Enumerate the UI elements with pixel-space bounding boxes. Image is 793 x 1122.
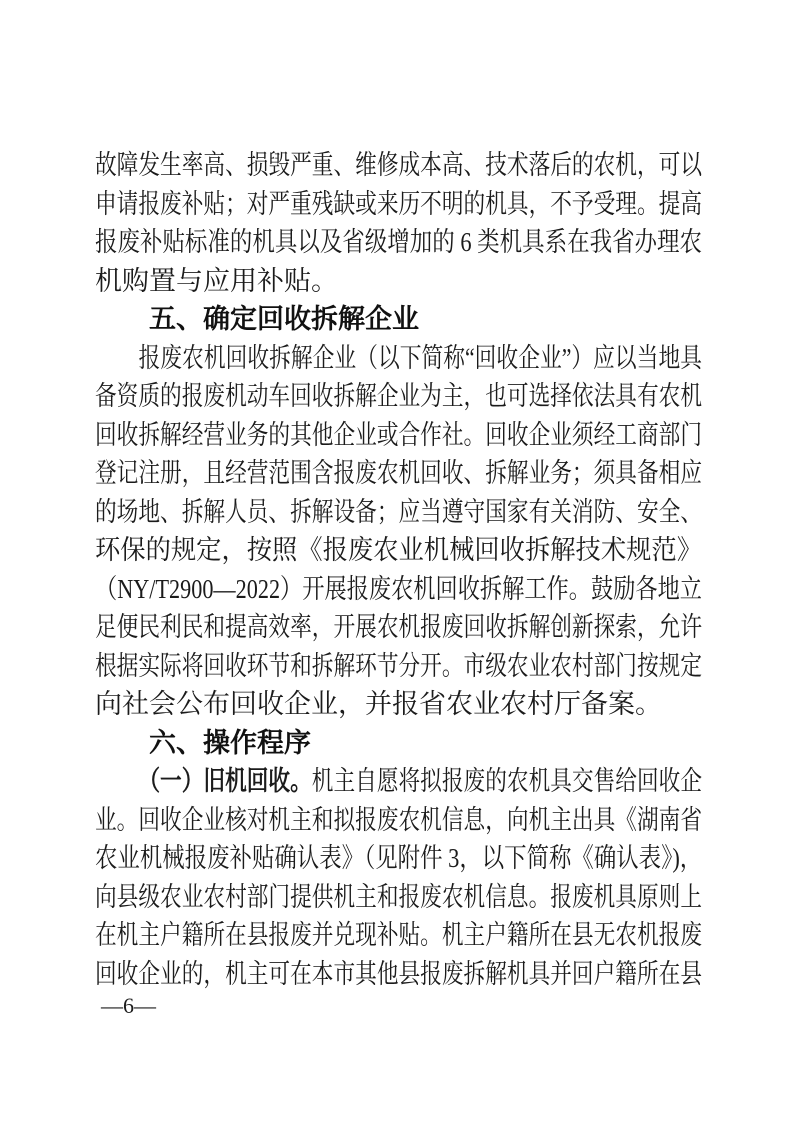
paragraph-line: 报废补贴标准的机具以及省级增加的 6 类机具系在我省办理农	[95, 223, 600, 262]
paragraph-line-text: 机主自愿将拟报废的农机具交售给回收企	[312, 766, 702, 796]
paragraph-line: （一）旧机回收。机主自愿将拟报废的农机具交售给回收企	[95, 762, 582, 801]
paragraph-line: 机购置与应用补贴。	[95, 262, 702, 301]
paragraph-line: 回收企业的，机主可在本市其他县报废拆解机具并回户籍所在县	[95, 955, 582, 994]
paragraph-line: 申请报废补贴；对严重残缺或来历不明的机具，不予受理。提高	[95, 185, 582, 224]
paragraph-line: （NY/T2900—2022）开展报废农机回收拆解工作。鼓励各地立	[95, 570, 594, 609]
paragraph-line: 业。回收企业核对机主和拟报废农机信息，向机主出具《湖南省	[95, 801, 582, 840]
section-heading-5: 五、确定回收拆解企业	[95, 300, 702, 339]
paragraph-line: 向社会公布回收企业，并报省农业农村厅备案。	[95, 685, 702, 724]
page-number: —6—	[101, 991, 156, 1021]
paragraph-line: 故障发生率高、损毁严重、维修成本高、技术落后的农机，可以	[95, 146, 582, 185]
document-page: 故障发生率高、损毁严重、维修成本高、技术落后的农机，可以 申请报废补贴；对严重残…	[0, 0, 793, 1122]
paragraph-line: 报废农机回收拆解企业（以下简称“回收企业”）应以当地具	[95, 339, 584, 378]
paragraph-line: 的场地、拆解人员、拆解设备；应当遵守国家有关消防、安全、	[95, 493, 582, 532]
paragraph-line: 回收拆解经营业务的其他企业或合作社。回收企业须经工商部门	[95, 416, 582, 455]
paragraph-line: 登记注册，且经营范围含报废农机回收、拆解业务；须具备相应	[95, 454, 582, 493]
paragraph-line: 根据实际将回收环节和拆解环节分开。市级农业农村部门按规定	[95, 647, 582, 686]
paragraph-line: 环保的规定，按照《报废农业机械回收拆解技术规范》	[95, 531, 664, 570]
paragraph-line: 在机主户籍所在县报废并兑现补贴。机主户籍所在县无农机报废	[95, 916, 582, 955]
paragraph-line: 备资质的报废机动车回收拆解企业为主，也可选择依法具有农机	[95, 377, 582, 416]
paragraph-line: 向县级农业农村部门提供机主和报废农机信息。报废机具原则上	[95, 878, 582, 917]
paragraph-line: 农业机械报废补贴确认表》（见附件 3，以下简称《确认表》)，	[95, 839, 599, 878]
paragraph-lead-bold: （一）旧机回收。	[138, 766, 311, 796]
paragraph-line: 足便民利民和提高效率，开展农机报废回收拆解创新探索，允许	[95, 608, 582, 647]
document-body: 故障发生率高、损毁严重、维修成本高、技术落后的农机，可以 申请报废补贴；对严重残…	[95, 146, 702, 993]
section-heading-6: 六、操作程序	[95, 724, 702, 763]
